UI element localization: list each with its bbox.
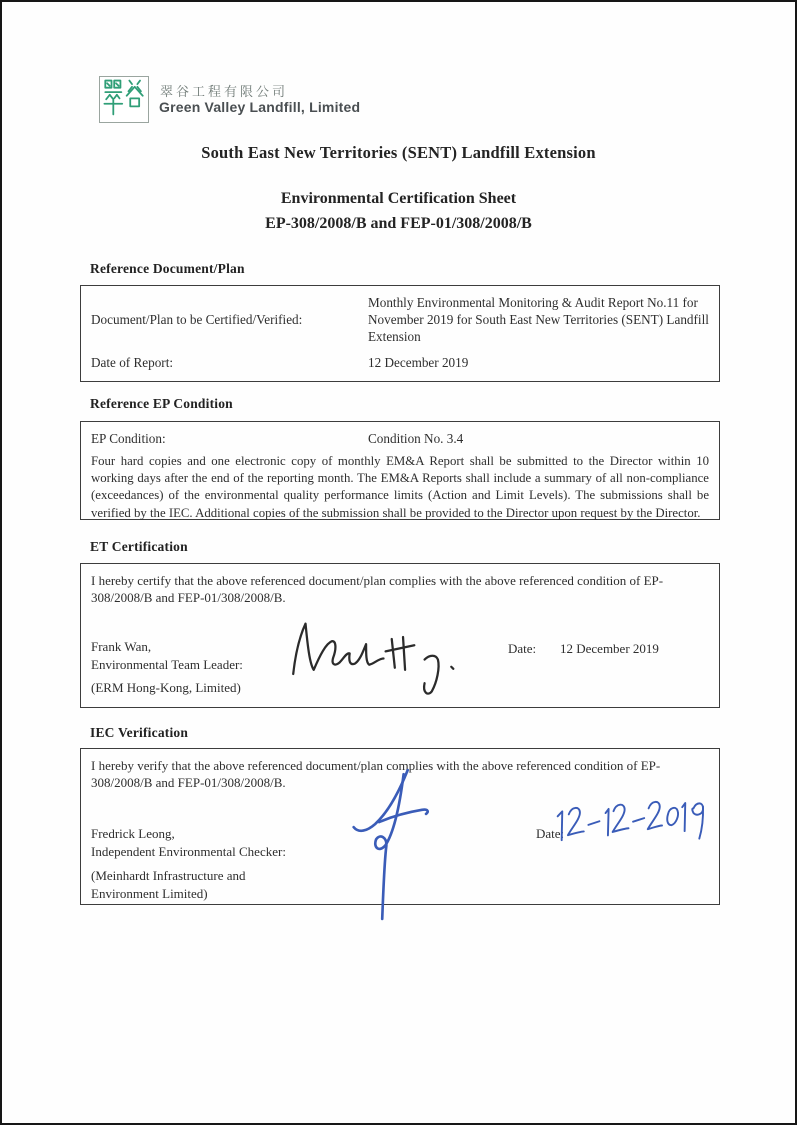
company-logo xyxy=(99,76,149,123)
et-signatory-company: (ERM Hong-Kong, Limited) xyxy=(91,679,241,696)
iec-signatory-name: Fredrick Leong, xyxy=(91,825,175,842)
iec-date-value-handwritten xyxy=(549,796,711,855)
iec-signatory-title: Independent Environmental Checker: xyxy=(91,843,286,860)
permit-numbers: EP-308/2008/B and FEP-01/308/2008/B xyxy=(2,215,795,233)
iec-signatory-company-line2: Environment Limited) xyxy=(91,885,208,902)
et-certification-statement: I hereby certify that the above referenc… xyxy=(91,572,711,606)
date-of-report-value: 12 December 2019 xyxy=(368,355,468,371)
et-signature xyxy=(285,609,480,709)
iec-verification-heading: IEC Verification xyxy=(90,725,188,741)
ep-condition-label: EP Condition: xyxy=(91,431,166,447)
reference-document-table: Document/Plan to be Certified/Verified: … xyxy=(80,285,720,382)
et-signatory-name: Frank Wan, xyxy=(91,638,151,655)
company-name-english: Green Valley Landfill, Limited xyxy=(159,99,360,115)
date-of-report-label: Date of Report: xyxy=(91,355,173,371)
ep-condition-description: Four hard copies and one electronic copy… xyxy=(91,453,709,522)
document-plan-value: Monthly Environmental Monitoring & Audit… xyxy=(368,294,710,345)
logo-frame xyxy=(99,76,149,123)
green-valley-logo-icon xyxy=(102,77,146,123)
et-date-value: 12 December 2019 xyxy=(560,640,659,657)
reference-document-heading: Reference Document/Plan xyxy=(90,261,245,277)
ep-condition-table: EP Condition: Condition No. 3.4 Four har… xyxy=(80,421,720,520)
reference-ep-condition-heading: Reference EP Condition xyxy=(90,396,233,412)
ep-condition-value: Condition No. 3.4 xyxy=(368,431,463,447)
et-signatory-title: Environmental Team Leader: xyxy=(91,656,243,673)
iec-signature xyxy=(335,766,460,929)
et-certification-heading: ET Certification xyxy=(90,539,188,555)
company-name-chinese: 翠谷工程有限公司 xyxy=(160,81,288,100)
document-plan-label: Document/Plan to be Certified/Verified: xyxy=(91,312,363,328)
document-subtitle: Environmental Certification Sheet xyxy=(2,190,795,208)
iec-signatory-company-line1: (Meinhardt Infrastructure and xyxy=(91,867,246,884)
certification-sheet-page: 翠谷工程有限公司 Green Valley Landfill, Limited … xyxy=(0,0,797,1125)
document-title: South East New Territories (SENT) Landfi… xyxy=(2,143,795,163)
et-date-label: Date: xyxy=(508,640,536,657)
